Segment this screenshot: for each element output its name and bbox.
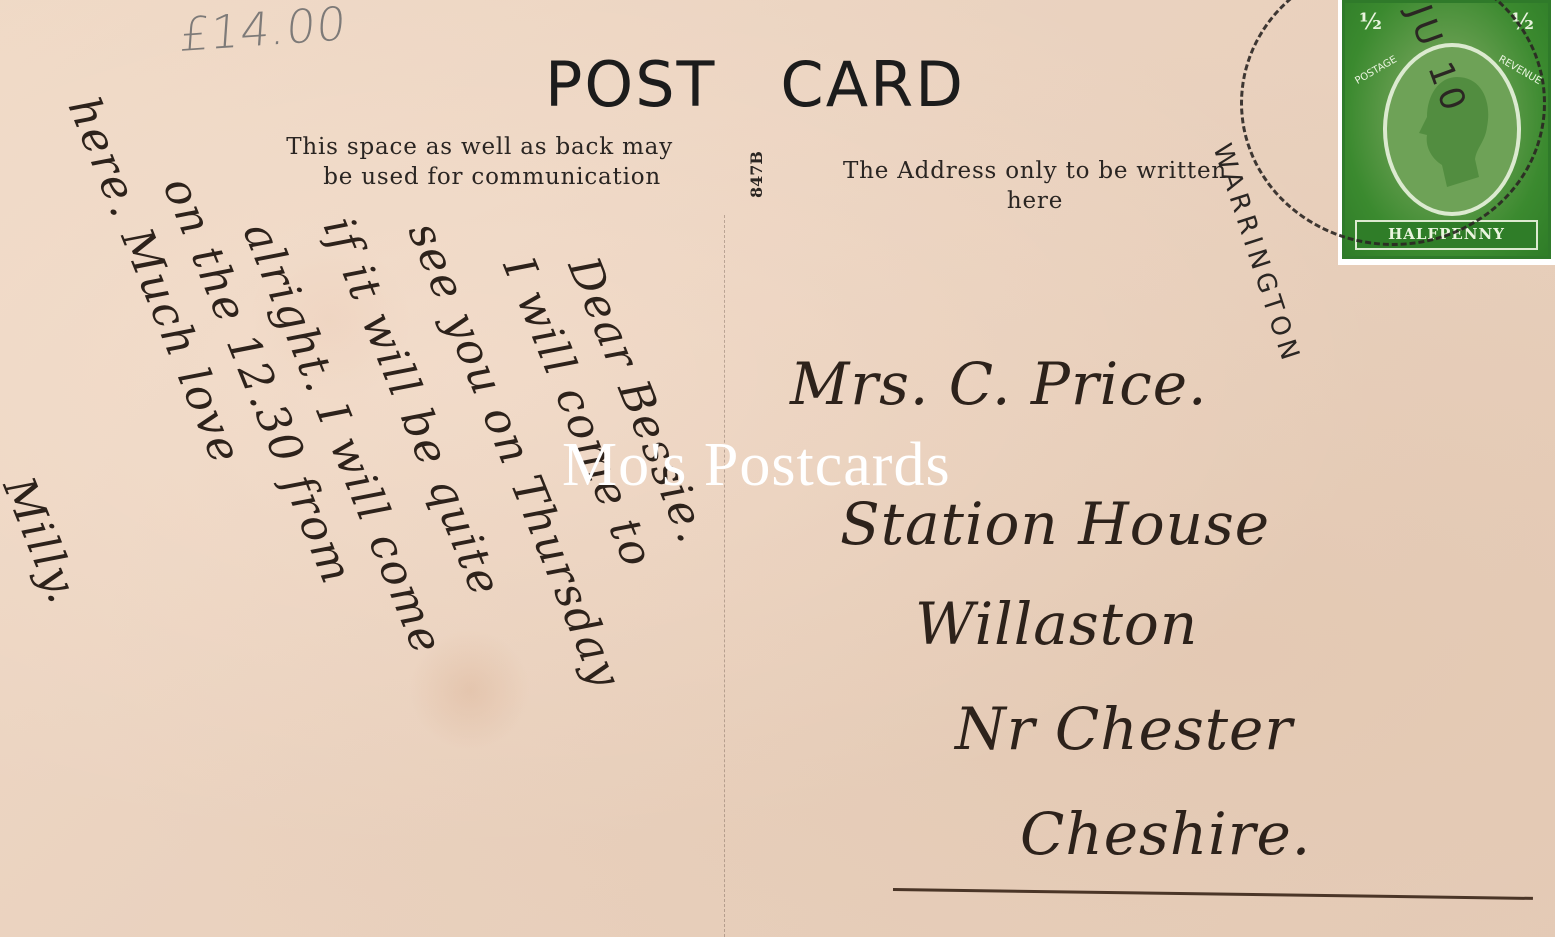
postcard-title: POSTCARD: [545, 48, 965, 121]
instruction-line-2: be used for communication: [163, 162, 673, 192]
title-post: POST: [545, 48, 716, 121]
watermark: Mo's Postcards: [562, 430, 951, 501]
address-instruction-line-1: The Address only to be written: [843, 158, 1227, 184]
center-divider: [724, 215, 725, 937]
message-line: Milly.: [0, 470, 90, 612]
pencil-price-note: £14.00: [178, 0, 348, 62]
communication-instruction: This space as well as back may be used f…: [163, 132, 673, 192]
instruction-line-1: This space as well as back may: [286, 134, 673, 160]
address-instruction: The Address only to be written here: [785, 156, 1285, 216]
address-line: Nr Chester: [955, 695, 1293, 763]
address-instruction-line-2: here: [1007, 188, 1063, 214]
postcard-back: £14.00 POSTCARD This space as well as ba…: [0, 0, 1555, 937]
print-code: 847B: [747, 151, 766, 198]
address-underline: [893, 888, 1533, 900]
address-line: Willaston: [915, 590, 1198, 658]
title-card: CARD: [780, 48, 965, 121]
address-line: Mrs. C. Price.: [790, 350, 1207, 418]
address-line: Cheshire.: [1020, 800, 1311, 868]
